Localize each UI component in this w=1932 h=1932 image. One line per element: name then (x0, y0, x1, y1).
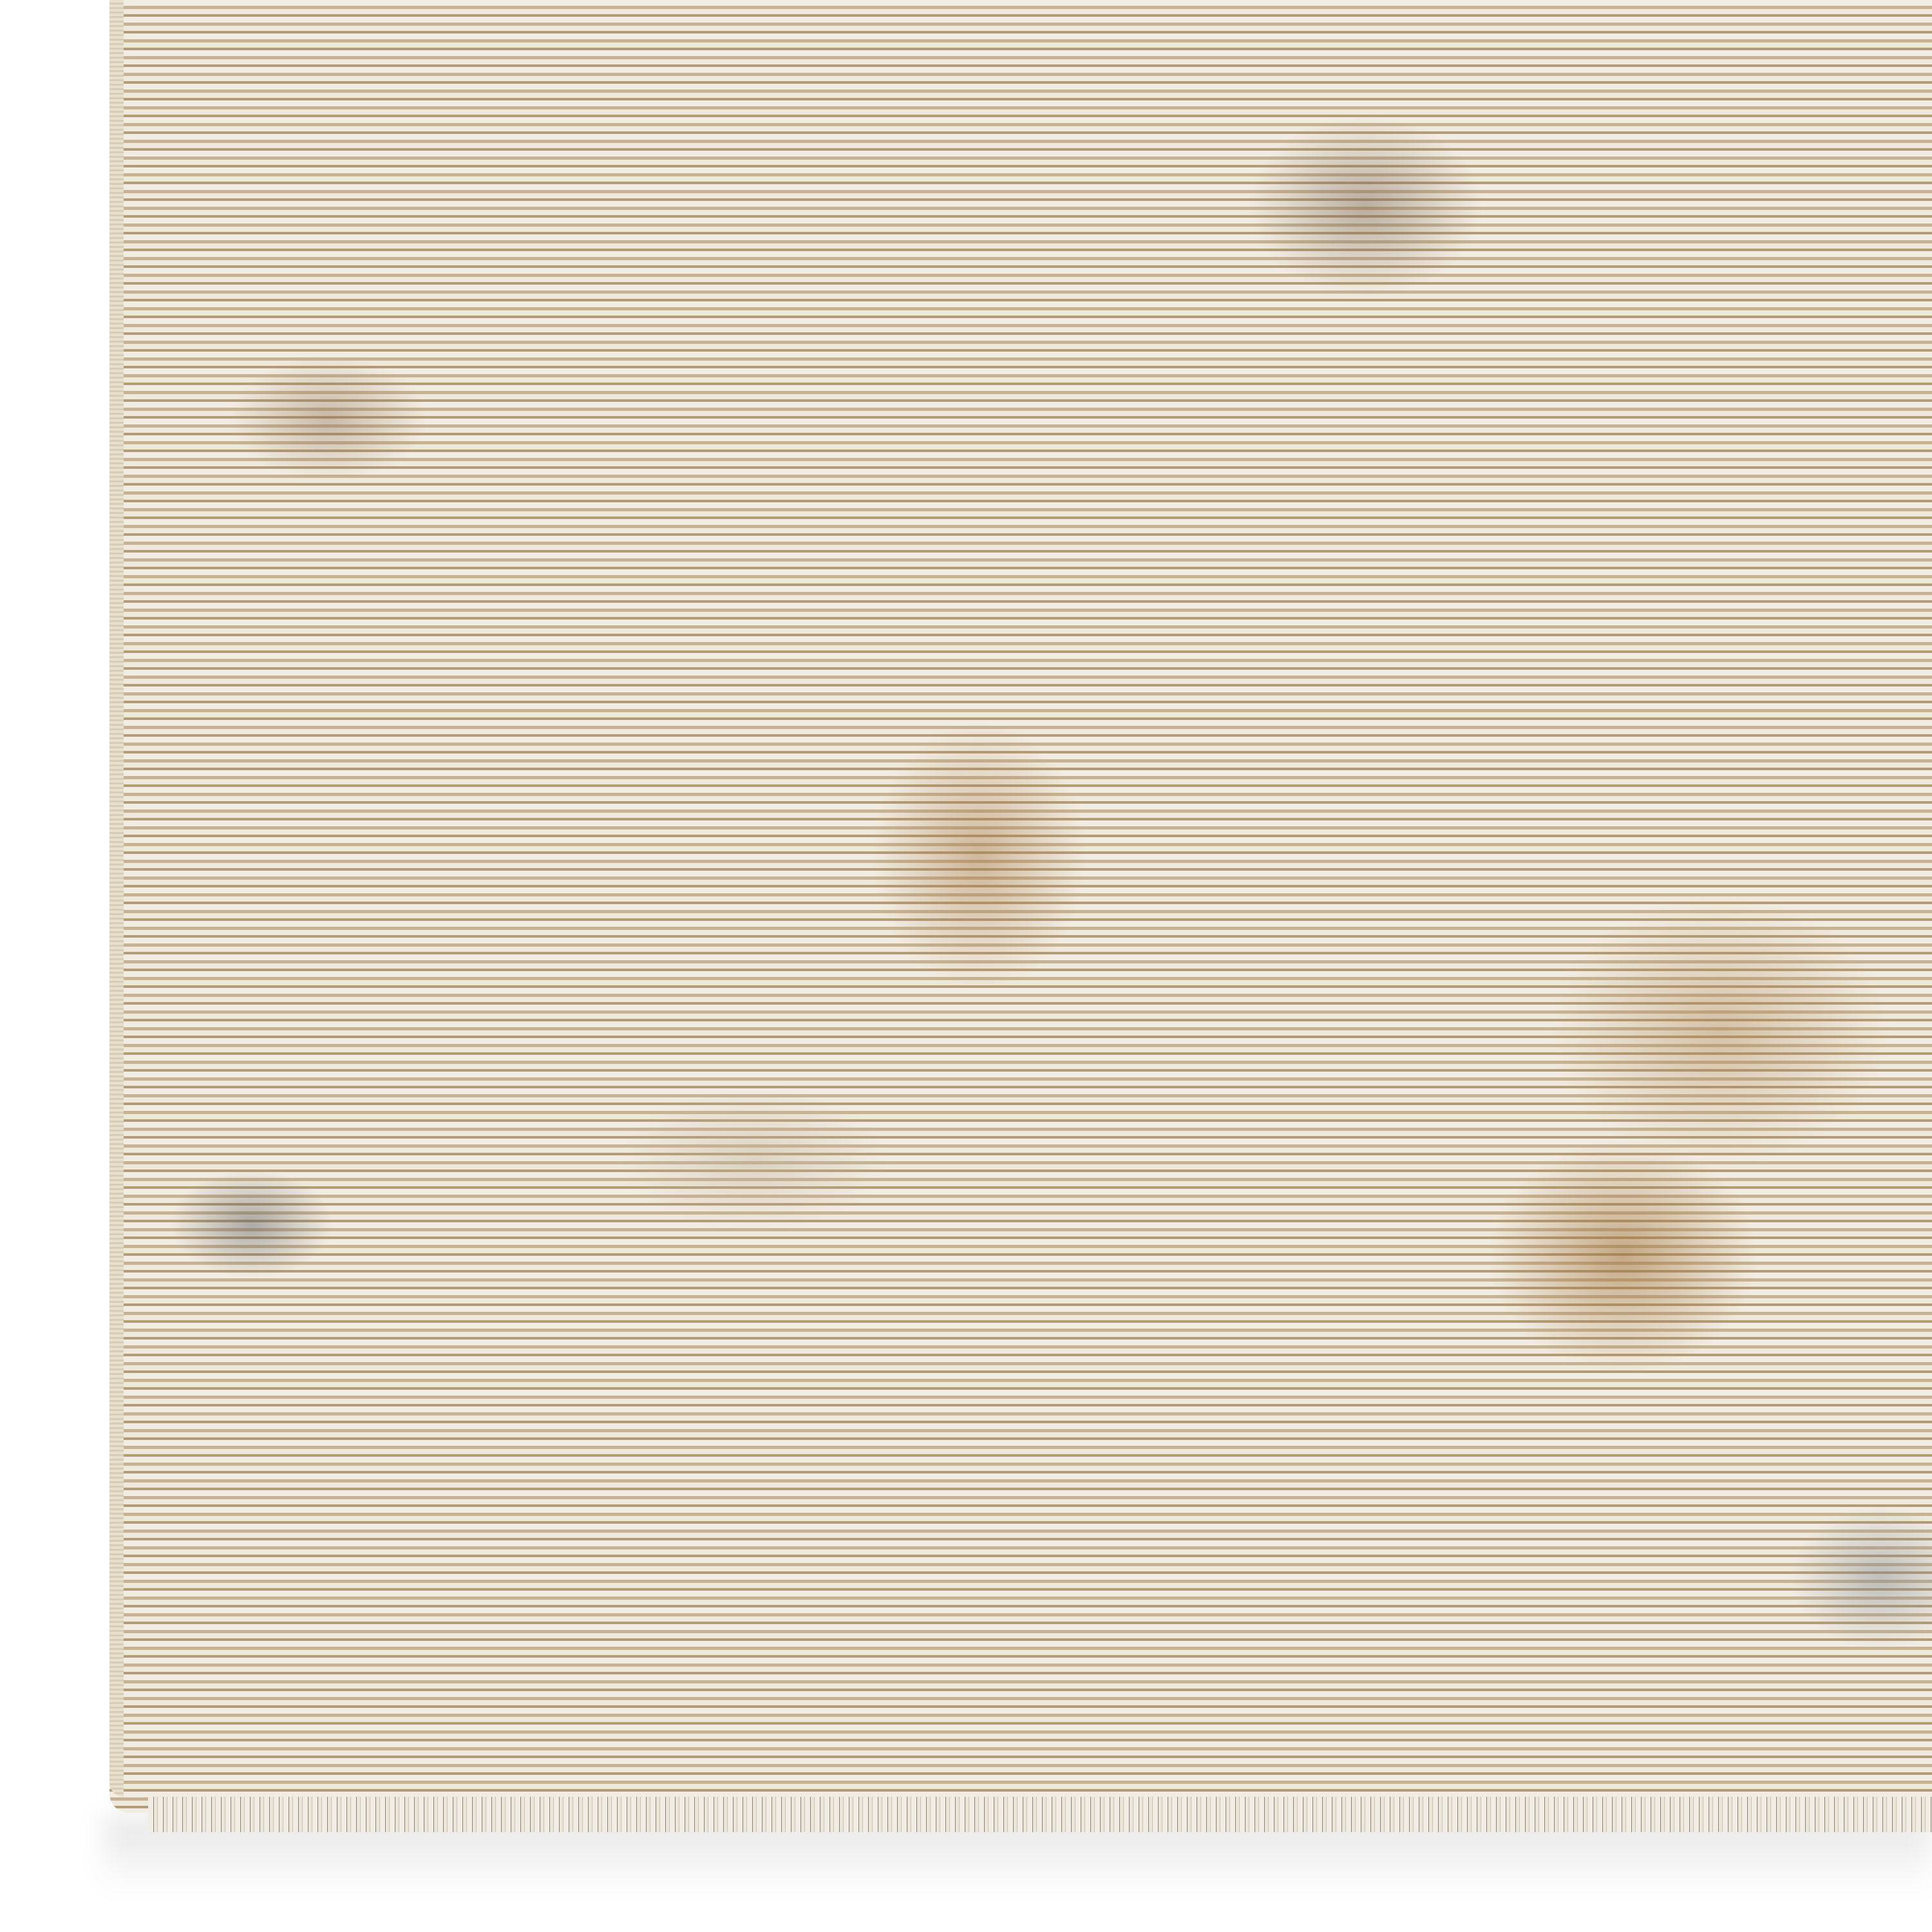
rug-pile (109, 0, 1932, 1813)
rug-fringe (148, 1797, 1932, 1832)
product-photo (0, 0, 1932, 1932)
rug-side-binding (109, 0, 124, 1797)
